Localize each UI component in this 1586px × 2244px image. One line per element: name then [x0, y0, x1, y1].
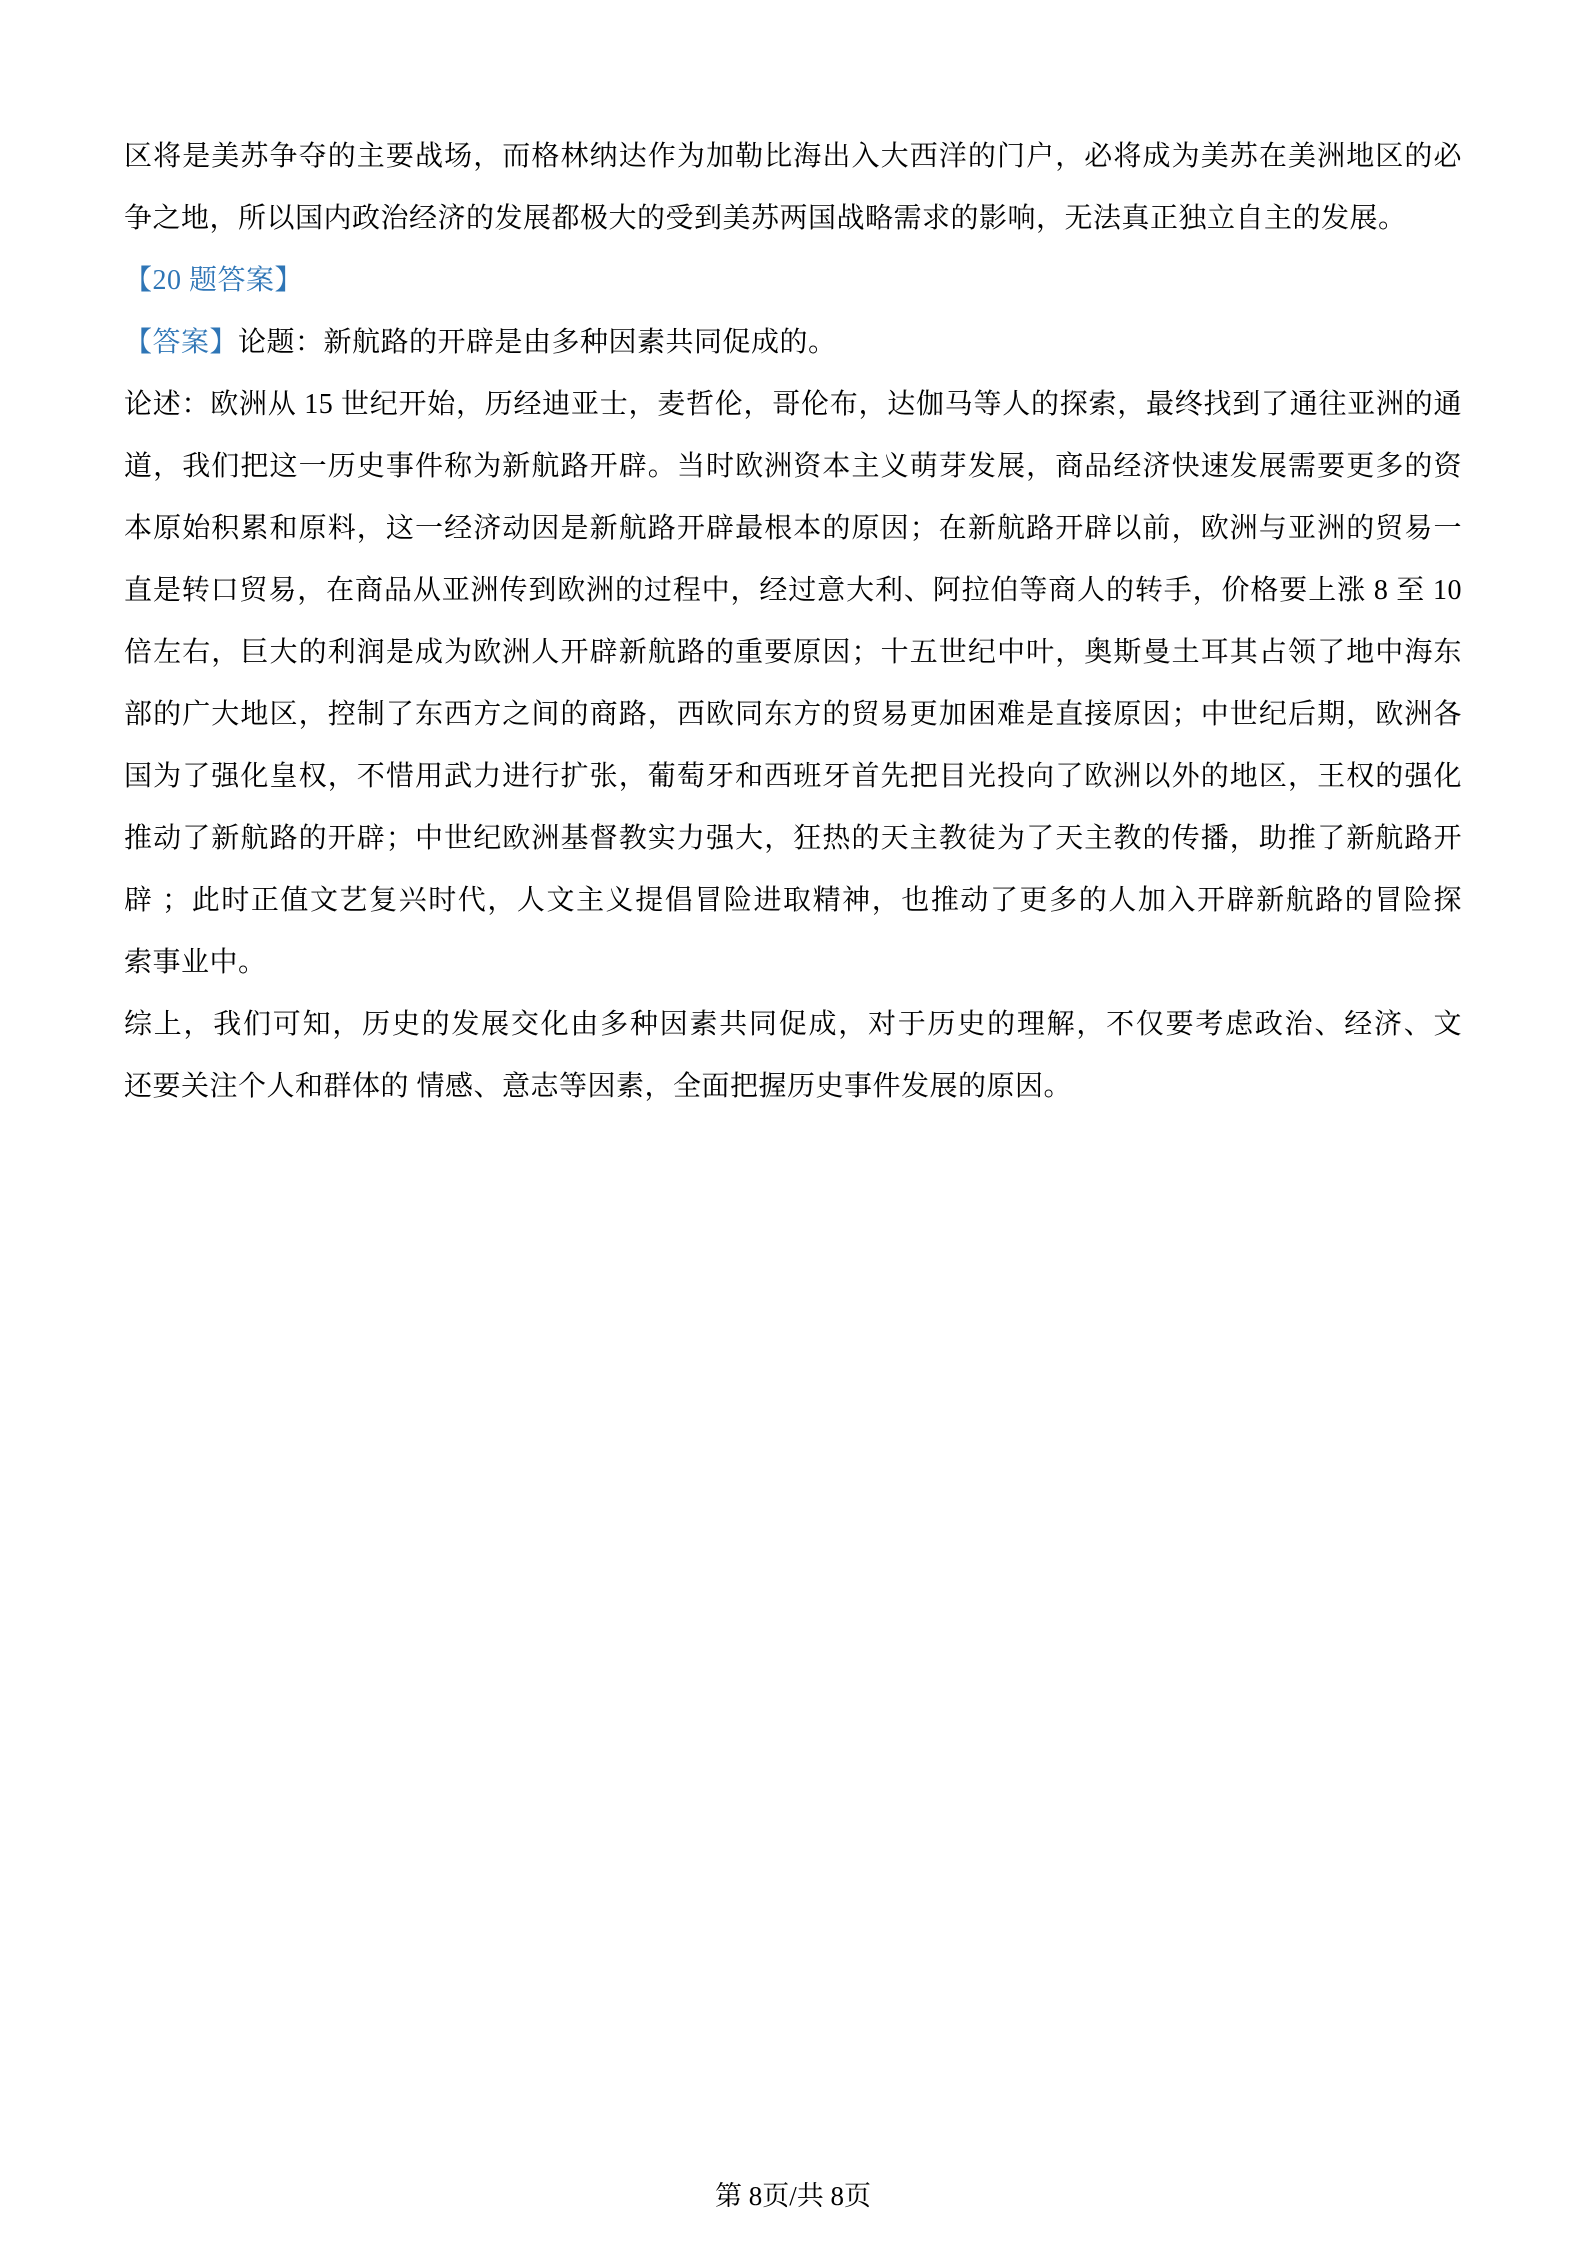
document-page: 区将是美苏争夺的主要战场，而格林纳达作为加勒比海出入大西洋的门户，必将成为美苏在… [0, 0, 1586, 2244]
document-body: 区将是美苏争夺的主要战场，而格林纳达作为加勒比海出入大西洋的门户，必将成为美苏在… [124, 126, 1462, 1118]
body-line: 综上，我们可知，历史的发展交化由多种因素共同促成，对于历史的理解，不仅要考虑政治… [124, 994, 1462, 1056]
body-line: 道，我们把这一历史事件称为新航路开辟。当时欧洲资本主义萌芽发展，商品经济快速发展… [124, 436, 1462, 498]
text-run: 还要关注个人和群体的 情感、意志等因素，全面把握历史事件发展的原因。 [124, 1071, 1072, 1102]
body-line: 国为了强化皇权，不惜用武力进行扩张，葡萄牙和西班牙首先把目光投向了欧洲以外的地区… [124, 746, 1462, 808]
body-line: 辟 ；此时正值文艺复兴时代，人文主义提倡冒险进取精神，也推动了更多的人加入开辟新… [124, 870, 1462, 932]
text-run: 推动了新航路的开辟；中世纪欧洲基督教实力强大，狂热的天主教徒为了天主教的传播，助… [124, 823, 1462, 854]
text-run: 论题：新航路的开辟是由多种因素共同促成的。 [238, 327, 837, 358]
body-line: 区将是美苏争夺的主要战场，而格林纳达作为加勒比海出入大西洋的门户，必将成为美苏在… [124, 126, 1462, 188]
body-line: 倍左右，巨大的利润是成为欧洲人开辟新航路的重要原因；十五世纪中叶，奥斯曼土耳其占… [124, 622, 1462, 684]
page-footer: 第 8页/共 8页 [0, 2180, 1586, 2212]
question-20-answer-heading: 【20 题答案】 [124, 250, 1462, 312]
text-run: 倍左右，巨大的利润是成为欧洲人开辟新航路的重要原因；十五世纪中叶，奥斯曼土耳其占… [124, 637, 1462, 668]
text-run: 论述：欧洲从 15 世纪开始，历经迪亚士，麦哲伦，哥伦布，达伽马等人的探索，最终… [124, 389, 1462, 420]
text-run: 部的广大地区，控制了东西方之间的商路，西欧同东方的贸易更加困难是直接原因；中世纪… [124, 699, 1462, 730]
page-number: 第 8页/共 8页 [715, 2181, 871, 2211]
text-run: 争之地，所以国内政治经济的发展都极大的受到美苏两国战略需求的影响，无法真正独立自… [124, 203, 1407, 234]
text-run: 辟 ；此时正值文艺复兴时代，人文主义提倡冒险进取精神，也推动了更多的人加入开辟新… [124, 885, 1462, 916]
text-run: 区将是美苏争夺的主要战场，而格林纳达作为加勒比海出入大西洋的门户，必将成为美苏在… [124, 141, 1462, 172]
text-run: 本原始积累和原料，这一经济动因是新航路开辟最根本的原因；在新航路开辟以前，欧洲与… [124, 513, 1462, 544]
answer-label: 【答案】 [124, 327, 238, 358]
body-line: 直是转口贸易，在商品从亚洲传到欧洲的过程中，经过意大利、阿拉伯等商人的转手，价格… [124, 560, 1462, 622]
text-run: 道，我们把这一历史事件称为新航路开辟。当时欧洲资本主义萌芽发展，商品经济快速发展… [124, 451, 1462, 482]
text-run: 综上，我们可知，历史的发展交化由多种因素共同促成，对于历史的理解，不仅要考虑政治… [124, 1009, 1462, 1056]
text-run: 国为了强化皇权，不惜用武力进行扩张，葡萄牙和西班牙首先把目光投向了欧洲以外的地区… [124, 761, 1462, 792]
body-line: 论述：欧洲从 15 世纪开始，历经迪亚士，麦哲伦，哥伦布，达伽马等人的探索，最终… [124, 374, 1462, 436]
text-run: 索事业中。 [124, 947, 267, 978]
body-line: 索事业中。 [124, 932, 1462, 994]
text-run: 直是转口贸易，在商品从亚洲传到欧洲的过程中，经过意大利、阿拉伯等商人的转手，价格… [124, 575, 1462, 606]
body-line: 还要关注个人和群体的 情感、意志等因素，全面把握历史事件发展的原因。 [124, 1056, 1462, 1118]
body-line: 本原始积累和原料，这一经济动因是新航路开辟最根本的原因；在新航路开辟以前，欧洲与… [124, 498, 1462, 560]
body-line: 部的广大地区，控制了东西方之间的商路，西欧同东方的贸易更加困难是直接原因；中世纪… [124, 684, 1462, 746]
body-line: 推动了新航路的开辟；中世纪欧洲基督教实力强大，狂热的天主教徒为了天主教的传播，助… [124, 808, 1462, 870]
answer-topic-line: 【答案】论题：新航路的开辟是由多种因素共同促成的。 [124, 312, 1462, 374]
answer-label: 【20 题答案】 [124, 265, 303, 296]
body-line: 争之地，所以国内政治经济的发展都极大的受到美苏两国战略需求的影响，无法真正独立自… [124, 188, 1462, 250]
